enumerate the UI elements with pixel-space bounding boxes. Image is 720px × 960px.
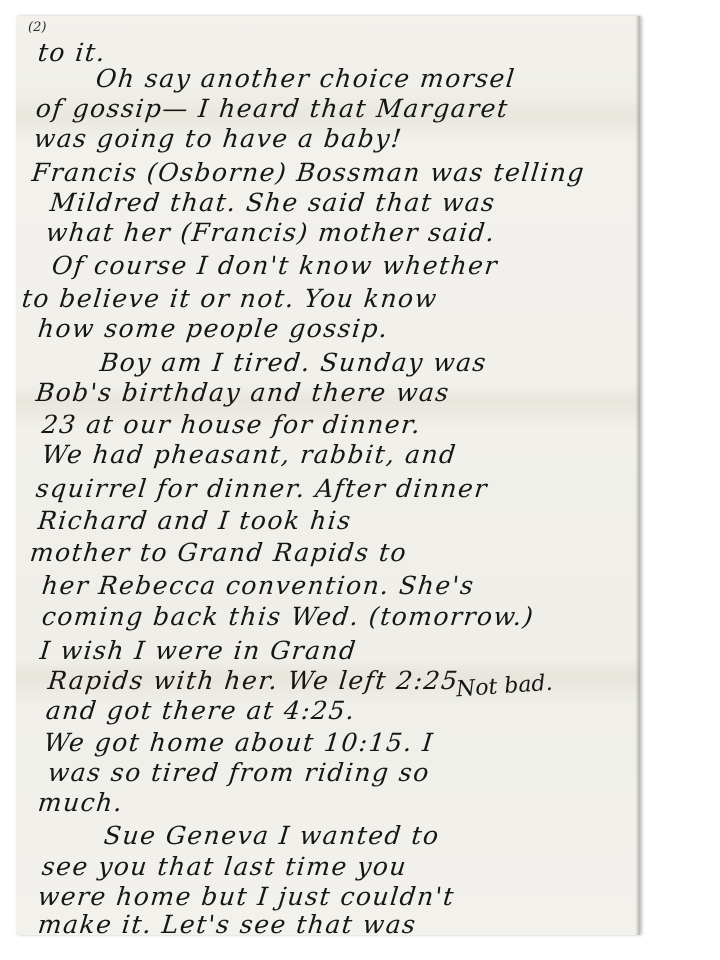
letter-line: were home but I just couldn't [36,882,456,911]
letter-body: to it. Oh say another choice morsel of g… [16,16,640,935]
letter-line: what her (Francis) mother said. [44,218,497,247]
letter-line: Bob's birthday and there was [34,378,451,407]
letter-line: Oh say another choice morsel [94,64,517,93]
letter-line: squirrel for dinner. After dinner [34,474,489,503]
letter-line: was going to have a baby! [32,124,404,153]
letter-line: coming back this Wed. (tomorrow.) [40,602,535,631]
letter-line: mother to Grand Rapids to [28,538,408,567]
letter-line: to believe it or not. You know [20,284,439,313]
letter-line: was so tired from riding so [46,758,431,787]
letter-line: much. [36,788,124,817]
letter-line: how some people gossip. [36,314,390,343]
letter-line: Sue Geneva I wanted to [102,821,441,850]
letter-line: Of course I don't know whether [50,251,499,280]
letter-line: Mildred that. She said that was [48,188,497,217]
letter-line: see you that last time you [40,852,408,881]
letter-line: Rapids with her. We left 2:25 [46,666,460,695]
letter-line: her Rebecca convention. She's [40,571,476,600]
letter-line: I wish I were in Grand [38,636,358,665]
letter-line: to it. [36,38,107,67]
letter-line: 23 at our house for dinner. [40,410,422,439]
inserted-note: Not bad. [455,671,553,703]
letter-line: Francis (Osborne) Bossman was telling [30,158,586,187]
letter-line: We got home about 10:15. I [42,728,435,757]
letter-line: and got there at 4:25. [44,696,357,725]
letter-line: Boy am I tired. Sunday was [98,348,488,377]
letter-page: (2) to it. Oh say another choice morsel … [16,16,640,935]
letter-line: Richard and I took his [36,506,353,535]
letter-line: We had pheasant, rabbit, and [40,440,458,469]
letter-line: of gossip— I heard that Margaret [34,94,510,123]
letter-line: make it. Let's see that was [36,910,418,935]
